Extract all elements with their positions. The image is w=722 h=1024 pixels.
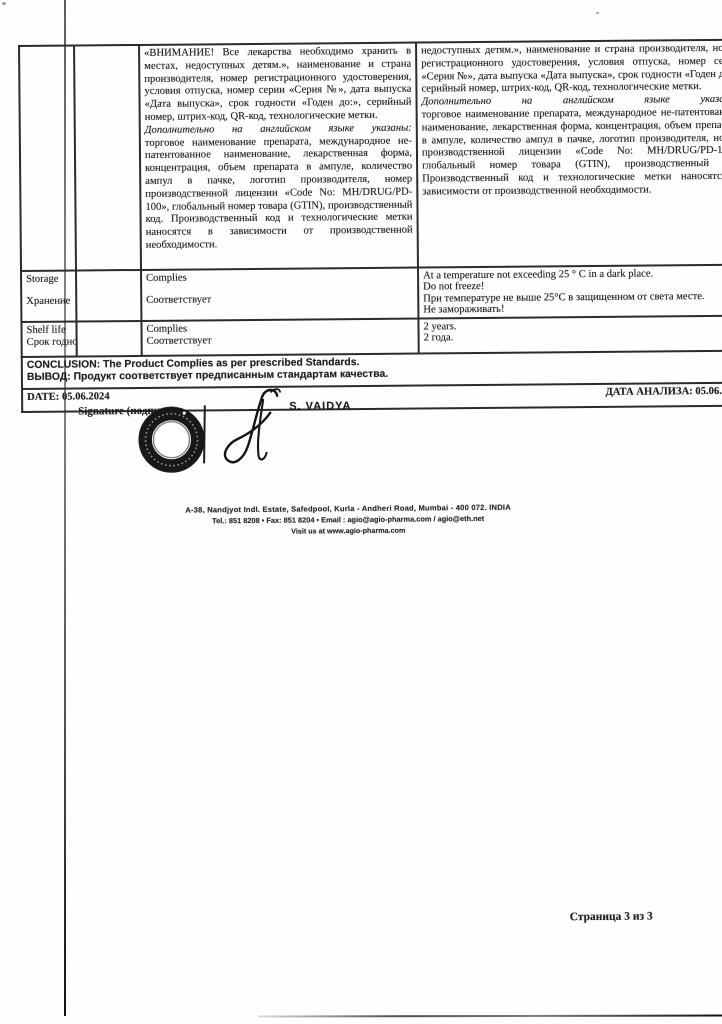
labeling-paragraph: недоступных детям.», наименование и стра… xyxy=(421,43,722,97)
company-seal-stamp-icon xyxy=(136,404,207,475)
analysis-date-ru: ДАТА АНАЛИЗА: 05.06.2024 xyxy=(605,385,722,399)
shelf-label-cell: Shelf life Срок годности xyxy=(21,321,76,356)
labeling-paragraph: торговое наименование препарата, междуна… xyxy=(422,107,722,199)
row-label-en: Storage xyxy=(26,274,71,286)
result-en: Complies xyxy=(146,271,413,285)
company-address-block: A-38, Nandjyot Indl. Estate, Safedpool, … xyxy=(111,501,585,538)
signatory-name: S. VAIDYA xyxy=(289,400,351,413)
labeling-requirements-row: «ВНИМАНИЕ! Все лекарства необходимо хран… xyxy=(19,40,722,271)
shelf-result-cell: Complies Соответствует xyxy=(141,318,418,355)
labeling-text-ru-left: «ВНИМАНИЕ! Все лекарства необходимо хран… xyxy=(139,43,418,270)
empty-cell xyxy=(76,321,141,357)
quality-control-table: «ВНИМАНИЕ! Все лекарства необходимо хран… xyxy=(18,39,722,413)
empty-cell xyxy=(74,45,141,271)
page-number: Страница 3 из 3 xyxy=(570,911,653,924)
result-ru: Соответствует xyxy=(147,333,414,347)
storage-row: Storage Хранение Complies Соответствует … xyxy=(21,265,722,322)
empty-cell xyxy=(76,270,141,321)
handwritten-signature xyxy=(213,386,296,479)
storage-result-cell: Complies Соответствует xyxy=(141,268,418,321)
storage-spec-cell: At a temperature not exceeding 25 ° C in… xyxy=(418,265,722,318)
scanned-document-page: «ВНИМАНИЕ! Все лекарства необходимо хран… xyxy=(0,0,722,1024)
empty-cell xyxy=(19,46,76,271)
storage-label-cell: Storage Хранение xyxy=(21,271,76,322)
shelf-life-row: Shelf life Срок годности Complies Соотве… xyxy=(21,315,722,356)
analysis-date-en: DATE: 05.06.2024 xyxy=(27,391,110,405)
labeling-paragraph: «ВНИМАНИЕ! Все лекарства необходимо хран… xyxy=(144,46,412,125)
row-label-en: Shelf life xyxy=(26,324,71,336)
spec-line: Не замораживать! xyxy=(423,302,722,316)
spec-line: 2 года. xyxy=(424,330,722,344)
shelf-spec-cell: 2 years. 2 года. xyxy=(418,315,722,353)
row-label-ru: Хранение xyxy=(26,296,71,308)
row-label-ru: Срок годности xyxy=(27,336,72,348)
result-ru: Соответствует xyxy=(146,293,413,307)
labeling-text-ru-right: недоступных детям.», наименование и стра… xyxy=(416,40,722,268)
document-content: «ВНИМАНИЕ! Все лекарства необходимо хран… xyxy=(0,0,722,1024)
labeling-paragraph: торговое наименование препарата, междуна… xyxy=(145,135,413,252)
